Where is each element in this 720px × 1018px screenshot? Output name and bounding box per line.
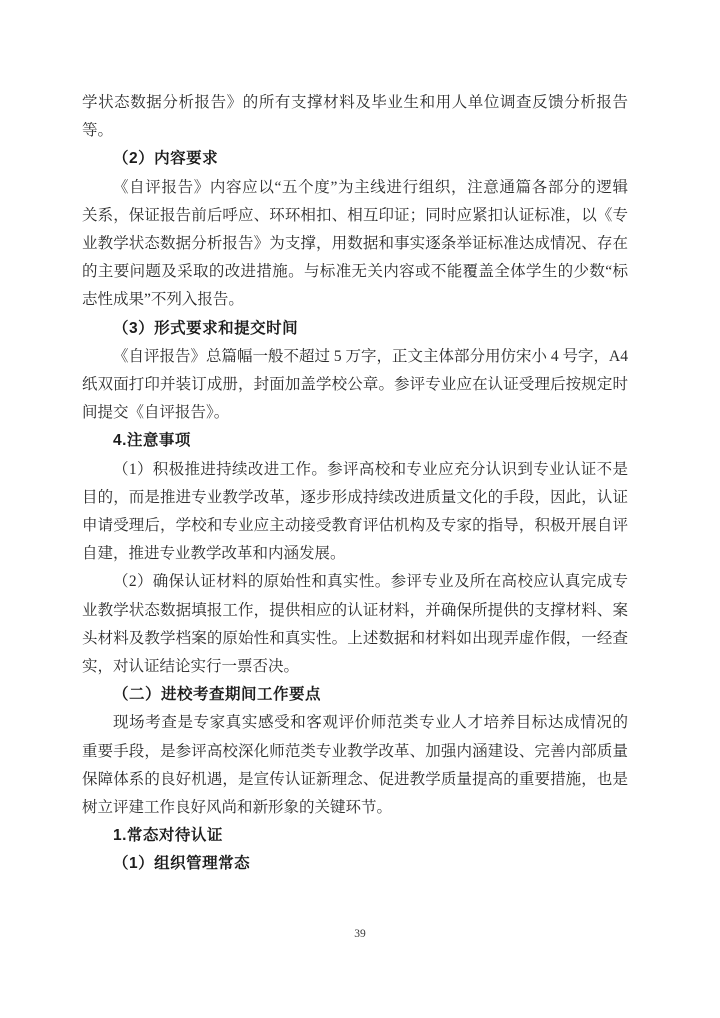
heading-org-management: （1）组织管理常态	[82, 850, 628, 878]
document-page: 学状态数据分析报告》的所有支撑材料及毕业生和用人单位调查反馈分析报告 等。 （2…	[0, 0, 720, 1018]
heading-content-requirements: （2）内容要求	[82, 145, 628, 173]
body-line: （1）积极推进持续改进工作。参评高校和专业应充分认识到专业认证不是	[82, 456, 628, 484]
body-line: 业教学状态数据分析报告》为支撑，用数据和事实逐条举证标准达成情况、存在	[82, 230, 628, 258]
body-line: 重要手段，是参评高校深化师范类专业教学改革、加强内涵建设、完善内部质量	[82, 738, 628, 766]
body-line: 《自评报告》内容应以“五个度”为主线进行组织，注意通篇各部分的逻辑	[82, 174, 628, 202]
body-line: 申请受理后，学校和专业应主动接受教育评估机构及专家的指导，积极开展自评	[82, 512, 628, 540]
body-line: 纸双面打印并装订成册，封面加盖学校公章。参评专业应在认证受理后按规定时	[82, 371, 628, 399]
body-line: （2）确保认证材料的原始性和真实性。参评专业及所在高校应认真完成专	[82, 568, 628, 596]
body-line: 现场考查是专家真实感受和客观评价师范类专业人才培养目标达成情况的	[82, 709, 628, 737]
body-line: 《自评报告》总篇幅一般不超过 5 万字，正文主体部分用仿宋小 4 号字，A4	[82, 343, 628, 371]
body-line: 保障体系的良好机遇，是宣传认证新理念、促进教学质量提高的重要措施，也是	[82, 766, 628, 794]
heading-notes: 4.注意事项	[82, 427, 628, 455]
body-line: 学状态数据分析报告》的所有支撑材料及毕业生和用人单位调查反馈分析报告	[82, 89, 628, 117]
body-line: 实，对认证结论实行一票否决。	[82, 653, 628, 681]
heading-format-and-deadline: （3）形式要求和提交时间	[82, 315, 628, 343]
body-line: 树立评建工作良好风尚和新形象的关键环节。	[82, 794, 628, 822]
body-line: 业教学状态数据填报工作，提供相应的认证材料，并确保所提供的支撑材料、案	[82, 597, 628, 625]
heading-onsite-inspection: （二）进校考查期间工作要点	[82, 681, 628, 709]
document-body: 学状态数据分析报告》的所有支撑材料及毕业生和用人单位调查反馈分析报告 等。 （2…	[82, 89, 628, 879]
body-line: 间提交《自评报告》。	[82, 399, 628, 427]
body-line: 等。	[82, 117, 628, 145]
body-line: 自建，推进专业教学改革和内涵发展。	[82, 540, 628, 568]
body-line: 关系，保证报告前后呼应、环环相扣、相互印证；同时应紧扣认证标准，以《专	[82, 202, 628, 230]
body-line: 志性成果”不列入报告。	[82, 286, 628, 314]
heading-normal-attitude: 1.常态对待认证	[82, 822, 628, 850]
page-number: 39	[0, 928, 720, 940]
body-line: 目的，而是推进专业教学改革，逐步形成持续改进质量文化的手段，因此，认证	[82, 484, 628, 512]
body-line: 头材料及教学档案的原始性和真实性。上述数据和材料如出现弄虚作假，一经查	[82, 625, 628, 653]
body-line: 的主要问题及采取的改进措施。与标准无关内容或不能覆盖全体学生的少数“标	[82, 258, 628, 286]
